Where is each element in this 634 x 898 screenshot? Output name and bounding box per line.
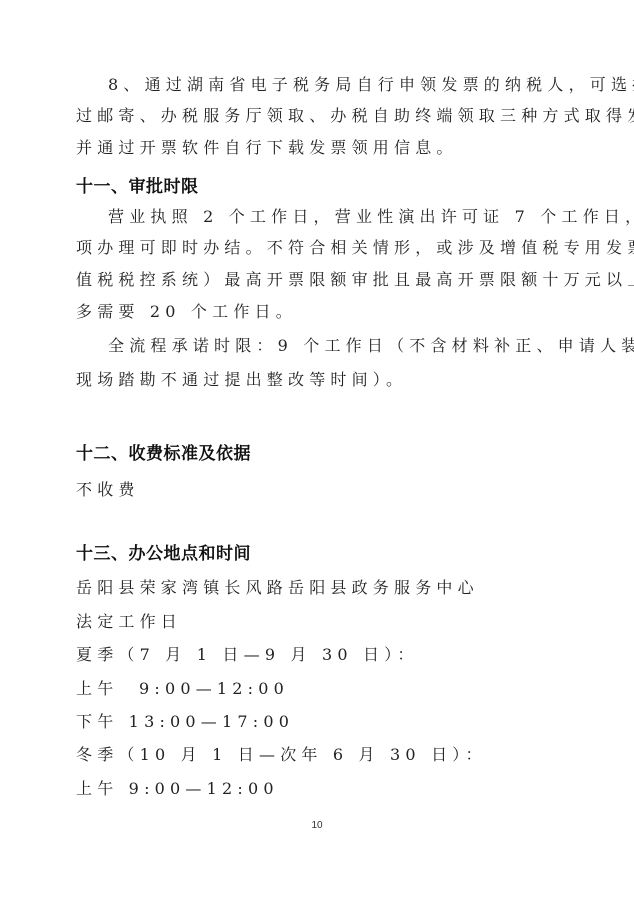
page-number: 10 — [0, 820, 634, 831]
summer-afternoon-hours: 下午 13:00—17:00 — [76, 712, 294, 732]
item-8-line-2: 过邮寄、办税服务厅领取、办税自助终端领取三种方式取得发票， — [76, 106, 634, 126]
winter-morning-hours: 上午 9:00—12:00 — [76, 779, 279, 799]
section-11-p2-line-2: 现场踏勘不通过提出整改等时间）。 — [76, 370, 407, 390]
summer-hours-label: 夏季（7 月 1 日—9 月 30 日）： — [76, 645, 419, 665]
winter-hours-label: 冬季（10 月 1 日—次年 6 月 30 日）： — [76, 745, 487, 765]
item-8-line-1: 8、通过湖南省电子税务局自行申领发票的纳税人，可选择通 — [108, 75, 634, 95]
workdays-label: 法定工作日 — [76, 612, 182, 632]
section-11-p1-line-1: 营业执照 2 个工作日，营业性演出许可证 7 个工作日，税务事 — [108, 207, 634, 227]
section-12-heading: 十二、收费标准及依据 — [76, 444, 251, 464]
section-11-p1-line-4: 多需要 20 个工作日。 — [76, 302, 297, 322]
section-13-heading: 十三、办公地点和时间 — [76, 544, 251, 564]
section-11-p2-line-1: 全流程承诺时限：9 个工作日（不含材料补正、申请人装修、 — [108, 336, 634, 356]
section-12-body: 不收费 — [76, 480, 140, 500]
section-11-p1-line-3: 值税税控系统）最高开票限额审批且最高开票限额十万元以上的最 — [76, 270, 634, 290]
summer-morning-hours: 上午 9:00—12:00 — [76, 679, 289, 699]
section-11-heading: 十一、审批时限 — [76, 177, 199, 197]
section-11-p1-line-2: 项办理可即时办结。不符合相关情形，或涉及增值税专用发票（增 — [76, 238, 634, 258]
item-8-line-3: 并通过开票软件自行下载发票领用信息。 — [76, 138, 458, 158]
office-address: 岳阳县荣家湾镇长风路岳阳县政务服务中心 — [76, 578, 479, 598]
